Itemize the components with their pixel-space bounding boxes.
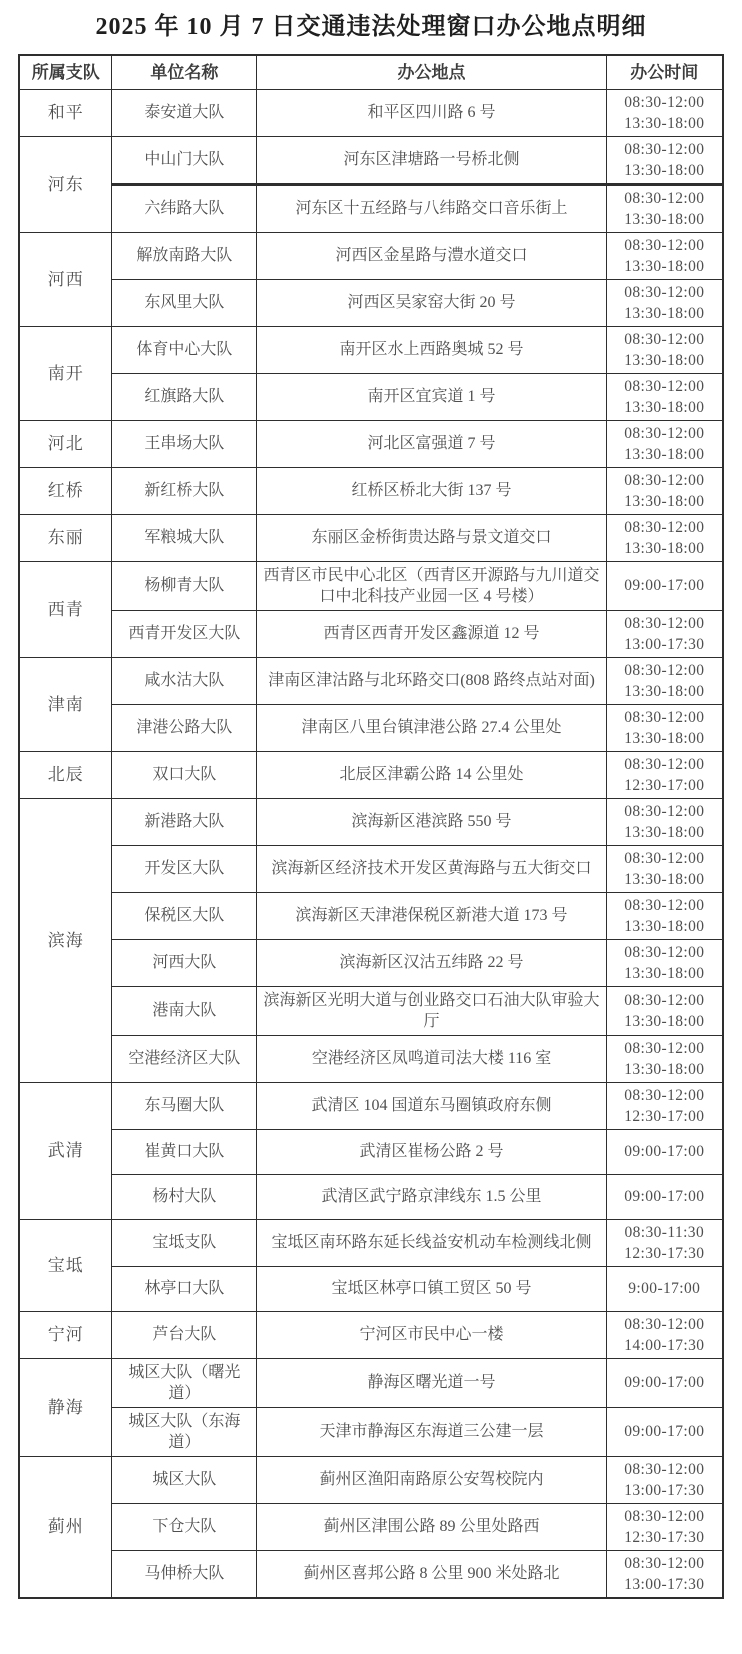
office-hours-line: 13:30-18:00: [611, 963, 718, 984]
detachment-cell: 河西: [19, 232, 112, 326]
office-hours-cell: 08:30-12:0013:30-18:00: [606, 986, 723, 1035]
detachment-cell: 宁河: [19, 1311, 112, 1358]
office-hours-cell: 08:30-12:0013:30-18:00: [606, 657, 723, 704]
office-hours-line: 13:30-18:00: [611, 160, 718, 181]
notice-page: 2025 年 10 月 7 日交通违法处理窗口办公地点明细 所属支队 单位名称 …: [0, 0, 742, 1615]
col-header-unit-name: 单位名称: [112, 55, 257, 89]
office-location-cell: 滨海新区港滨路 550 号: [257, 798, 606, 845]
table-row: 宁河芦台大队宁河区市民中心一楼08:30-12:0014:00-17:30: [19, 1311, 723, 1358]
office-hours-line: 13:30-18:00: [611, 303, 718, 324]
table-row: 城区大队（东海道）天津市静海区东海道三公建一层09:00-17:00: [19, 1407, 723, 1456]
office-hours-line: 08:30-12:00: [611, 613, 718, 634]
office-hours-cell: 08:30-12:0012:30-17:00: [606, 751, 723, 798]
office-hours-line: 08:30-12:00: [611, 1459, 718, 1480]
office-hours-line: 08:30-11:30: [611, 1222, 718, 1243]
unit-name-cell: 下仓大队: [112, 1503, 257, 1550]
office-hours-line: 08:30-12:00: [611, 1038, 718, 1059]
office-hours-cell: 08:30-12:0013:30-18:00: [606, 279, 723, 326]
office-hours-line: 08:30-12:00: [611, 895, 718, 916]
office-hours-line: 13:30-18:00: [611, 681, 718, 702]
office-hours-line: 08:30-12:00: [611, 1314, 718, 1335]
office-hours-line: 08:30-12:00: [611, 188, 718, 209]
table-row: 津港公路大队津南区八里台镇津港公路 27.4 公里处08:30-12:0013:…: [19, 704, 723, 751]
office-hours-cell: 9:00-17:00: [606, 1266, 723, 1311]
office-hours-line: 09:00-17:00: [611, 1421, 718, 1442]
office-hours-line: 08:30-12:00: [611, 329, 718, 350]
office-location-cell: 蓟州区喜邦公路 8 公里 900 米处路北: [257, 1550, 606, 1598]
table-row: 红旗路大队南开区宜宾道 1 号08:30-12:0013:30-18:00: [19, 373, 723, 420]
detachment-cell: 宝坻: [19, 1219, 112, 1311]
table-row: 杨村大队武清区武宁路京津线东 1.5 公里09:00-17:00: [19, 1174, 723, 1219]
unit-name-cell: 解放南路大队: [112, 232, 257, 279]
table-row: 马伸桥大队蓟州区喜邦公路 8 公里 900 米处路北08:30-12:0013:…: [19, 1550, 723, 1598]
table-row: 东丽军粮城大队东丽区金桥街贵达路与景文道交口08:30-12:0013:30-1…: [19, 514, 723, 561]
detachment-cell: 北辰: [19, 751, 112, 798]
office-hours-line: 13:30-18:00: [611, 444, 718, 465]
unit-name-cell: 红旗路大队: [112, 373, 257, 420]
table-row: 开发区大队滨海新区经济技术开发区黄海路与五大街交口08:30-12:0013:3…: [19, 845, 723, 892]
table-row: 北辰双口大队北辰区津霸公路 14 公里处08:30-12:0012:30-17:…: [19, 751, 723, 798]
unit-name-cell: 东马圈大队: [112, 1082, 257, 1129]
detachment-cell: 红桥: [19, 467, 112, 514]
office-hours-cell: 09:00-17:00: [606, 1358, 723, 1407]
detachment-cell: 南开: [19, 326, 112, 420]
office-hours-line: 14:00-17:30: [611, 1335, 718, 1356]
office-hours-line: 9:00-17:00: [611, 1278, 718, 1299]
table-row: 南开体育中心大队南开区水上西路奥城 52 号08:30-12:0013:30-1…: [19, 326, 723, 373]
table-row: 宝坻宝坻支队宝坻区南环路东延长线益安机动车检测线北侧08:30-11:3012:…: [19, 1219, 723, 1266]
table-row: 空港经济区大队空港经济区凤鸣道司法大楼 116 室08:30-12:0013:3…: [19, 1035, 723, 1082]
table-row: 西青开发区大队西青区西青开发区鑫源道 12 号08:30-12:0013:00-…: [19, 610, 723, 657]
office-hours-cell: 08:30-12:0013:30-18:00: [606, 514, 723, 561]
detachment-cell: 和平: [19, 89, 112, 136]
office-hours-cell: 08:30-12:0012:30-17:30: [606, 1503, 723, 1550]
office-hours-line: 13:30-18:00: [611, 491, 718, 512]
unit-name-cell: 东风里大队: [112, 279, 257, 326]
office-hours-cell: 09:00-17:00: [606, 561, 723, 610]
office-location-cell: 河北区富强道 7 号: [257, 420, 606, 467]
unit-name-cell: 马伸桥大队: [112, 1550, 257, 1598]
table-row: 武清东马圈大队武清区 104 国道东马圈镇政府东侧08:30-12:0012:3…: [19, 1082, 723, 1129]
office-hours-line: 08:30-12:00: [611, 235, 718, 256]
office-hours-line: 08:30-12:00: [611, 282, 718, 303]
unit-name-cell: 新港路大队: [112, 798, 257, 845]
table-row: 保税区大队滨海新区天津港保税区新港大道 173 号08:30-12:0013:3…: [19, 892, 723, 939]
office-location-cell: 西青区西青开发区鑫源道 12 号: [257, 610, 606, 657]
unit-name-cell: 崔黄口大队: [112, 1129, 257, 1174]
table-row: 崔黄口大队武清区崔杨公路 2 号09:00-17:00: [19, 1129, 723, 1174]
office-location-cell: 河西区吴家窑大街 20 号: [257, 279, 606, 326]
office-hours-line: 13:00-17:30: [611, 1480, 718, 1501]
office-hours-cell: 08:30-12:0013:30-18:00: [606, 89, 723, 136]
office-hours-line: 08:30-12:00: [611, 470, 718, 491]
office-hours-line: 08:30-12:00: [611, 1085, 718, 1106]
office-hours-line: 09:00-17:00: [611, 1186, 718, 1207]
table-row: 林亭口大队宝坻区林亭口镇工贸区 50 号9:00-17:00: [19, 1266, 723, 1311]
office-location-cell: 和平区四川路 6 号: [257, 89, 606, 136]
office-hours-line: 08:30-12:00: [611, 942, 718, 963]
office-hours-line: 13:00-17:30: [611, 634, 718, 655]
unit-name-cell: 港南大队: [112, 986, 257, 1035]
table-row: 河东中山门大队河东区津塘路一号桥北侧08:30-12:0013:30-18:00: [19, 136, 723, 184]
unit-name-cell: 中山门大队: [112, 136, 257, 184]
unit-name-cell: 双口大队: [112, 751, 257, 798]
unit-name-cell: 保税区大队: [112, 892, 257, 939]
office-hours-line: 13:30-18:00: [611, 209, 718, 230]
unit-name-cell: 宝坻支队: [112, 1219, 257, 1266]
office-hours-line: 08:30-12:00: [611, 423, 718, 444]
office-hours-line: 09:00-17:00: [611, 1141, 718, 1162]
unit-name-cell: 芦台大队: [112, 1311, 257, 1358]
office-hours-cell: 08:30-12:0013:30-18:00: [606, 326, 723, 373]
office-hours-line: 13:30-18:00: [611, 113, 718, 134]
header-row: 所属支队 单位名称 办公地点 办公时间: [19, 55, 723, 89]
office-location-cell: 天津市静海区东海道三公建一层: [257, 1407, 606, 1456]
office-location-cell: 南开区水上西路奥城 52 号: [257, 326, 606, 373]
unit-name-cell: 泰安道大队: [112, 89, 257, 136]
office-location-cell: 蓟州区渔阳南路原公安驾校院内: [257, 1456, 606, 1503]
unit-name-cell: 林亭口大队: [112, 1266, 257, 1311]
office-hours-line: 13:30-18:00: [611, 728, 718, 749]
office-locations-table: 所属支队 单位名称 办公地点 办公时间 和平泰安道大队和平区四川路 6 号08:…: [18, 54, 724, 1599]
unit-name-cell: 杨村大队: [112, 1174, 257, 1219]
office-hours-cell: 09:00-17:00: [606, 1407, 723, 1456]
office-hours-cell: 08:30-12:0013:30-18:00: [606, 232, 723, 279]
office-hours-cell: 08:30-12:0013:30-18:00: [606, 892, 723, 939]
office-hours-cell: 08:30-12:0013:30-18:00: [606, 420, 723, 467]
table-row: 下仓大队蓟州区津围公路 89 公里处路西08:30-12:0012:30-17:…: [19, 1503, 723, 1550]
col-header-office-hours: 办公时间: [606, 55, 723, 89]
table-row: 滨海新港路大队滨海新区港滨路 550 号08:30-12:0013:30-18:…: [19, 798, 723, 845]
office-hours-cell: 08:30-12:0014:00-17:30: [606, 1311, 723, 1358]
office-location-cell: 东丽区金桥街贵达路与景文道交口: [257, 514, 606, 561]
table-body: 和平泰安道大队和平区四川路 6 号08:30-12:0013:30-18:00河…: [19, 89, 723, 1598]
office-location-cell: 宝坻区林亭口镇工贸区 50 号: [257, 1266, 606, 1311]
office-hours-cell: 08:30-12:0013:30-18:00: [606, 184, 723, 232]
office-location-cell: 滨海新区经济技术开发区黄海路与五大街交口: [257, 845, 606, 892]
office-location-cell: 河东区津塘路一号桥北侧: [257, 136, 606, 184]
detachment-cell: 西青: [19, 561, 112, 657]
office-hours-cell: 08:30-12:0013:00-17:30: [606, 1456, 723, 1503]
office-hours-cell: 08:30-12:0013:30-18:00: [606, 373, 723, 420]
office-hours-cell: 08:30-12:0013:00-17:30: [606, 610, 723, 657]
office-hours-line: 13:00-17:30: [611, 1574, 718, 1595]
office-location-cell: 武清区武宁路京津线东 1.5 公里: [257, 1174, 606, 1219]
office-hours-line: 13:30-18:00: [611, 538, 718, 559]
office-hours-cell: 08:30-12:0012:30-17:00: [606, 1082, 723, 1129]
office-hours-line: 08:30-12:00: [611, 139, 718, 160]
office-hours-cell: 08:30-11:3012:30-17:30: [606, 1219, 723, 1266]
detachment-cell: 武清: [19, 1082, 112, 1219]
office-hours-line: 08:30-12:00: [611, 707, 718, 728]
office-hours-line: 12:30-17:00: [611, 1106, 718, 1127]
unit-name-cell: 西青开发区大队: [112, 610, 257, 657]
office-location-cell: 滨海新区天津港保税区新港大道 173 号: [257, 892, 606, 939]
office-location-cell: 宝坻区南环路东延长线益安机动车检测线北侧: [257, 1219, 606, 1266]
detachment-cell: 东丽: [19, 514, 112, 561]
table-row: 蓟州城区大队蓟州区渔阳南路原公安驾校院内08:30-12:0013:00-17:…: [19, 1456, 723, 1503]
office-hours-line: 13:30-18:00: [611, 1011, 718, 1032]
unit-name-cell: 河西大队: [112, 939, 257, 986]
office-location-cell: 北辰区津霸公路 14 公里处: [257, 751, 606, 798]
col-header-office-location: 办公地点: [257, 55, 606, 89]
office-location-cell: 河东区十五经路与八纬路交口音乐街上: [257, 184, 606, 232]
table-row: 西青杨柳青大队西青区市民中心北区（西青区开源路与九川道交口中北科技产业园一区 4…: [19, 561, 723, 610]
office-location-cell: 空港经济区凤鸣道司法大楼 116 室: [257, 1035, 606, 1082]
office-location-cell: 西青区市民中心北区（西青区开源路与九川道交口中北科技产业园一区 4 号楼）: [257, 561, 606, 610]
office-hours-line: 08:30-12:00: [611, 92, 718, 113]
office-hours-line: 13:30-18:00: [611, 397, 718, 418]
office-hours-cell: 08:30-12:0013:30-18:00: [606, 136, 723, 184]
office-hours-line: 08:30-12:00: [611, 1553, 718, 1574]
table-row: 红桥新红桥大队红桥区桥北大街 137 号08:30-12:0013:30-18:…: [19, 467, 723, 514]
office-hours-cell: 08:30-12:0013:30-18:00: [606, 798, 723, 845]
table-row: 津南咸水沽大队津南区津沽路与北环路交口(808 路终点站对面)08:30-12:…: [19, 657, 723, 704]
unit-name-cell: 开发区大队: [112, 845, 257, 892]
table-row: 河西大队滨海新区汉沽五纬路 22 号08:30-12:0013:30-18:00: [19, 939, 723, 986]
unit-name-cell: 王串场大队: [112, 420, 257, 467]
table-row: 和平泰安道大队和平区四川路 6 号08:30-12:0013:30-18:00: [19, 89, 723, 136]
office-hours-line: 08:30-12:00: [611, 660, 718, 681]
unit-name-cell: 体育中心大队: [112, 326, 257, 373]
table-row: 河北王串场大队河北区富强道 7 号08:30-12:0013:30-18:00: [19, 420, 723, 467]
office-hours-cell: 08:30-12:0013:30-18:00: [606, 467, 723, 514]
page-title: 2025 年 10 月 7 日交通违法处理窗口办公地点明细: [18, 12, 724, 42]
office-hours-line: 08:30-12:00: [611, 517, 718, 538]
office-hours-line: 13:30-18:00: [611, 350, 718, 371]
table-row: 六纬路大队河东区十五经路与八纬路交口音乐街上08:30-12:0013:30-1…: [19, 184, 723, 232]
office-hours-line: 13:30-18:00: [611, 256, 718, 277]
office-hours-line: 12:30-17:00: [611, 775, 718, 796]
office-location-cell: 滨海新区光明大道与创业路交口石油大队审验大厅: [257, 986, 606, 1035]
office-hours-cell: 08:30-12:0013:30-18:00: [606, 704, 723, 751]
unit-name-cell: 军粮城大队: [112, 514, 257, 561]
office-hours-cell: 08:30-12:0013:30-18:00: [606, 1035, 723, 1082]
office-hours-line: 13:30-18:00: [611, 1059, 718, 1080]
office-location-cell: 南开区宜宾道 1 号: [257, 373, 606, 420]
office-hours-line: 13:30-18:00: [611, 822, 718, 843]
office-location-cell: 津南区八里台镇津港公路 27.4 公里处: [257, 704, 606, 751]
detachment-cell: 静海: [19, 1358, 112, 1456]
unit-name-cell: 空港经济区大队: [112, 1035, 257, 1082]
unit-name-cell: 新红桥大队: [112, 467, 257, 514]
unit-name-cell: 城区大队（东海道）: [112, 1407, 257, 1456]
office-location-cell: 宁河区市民中心一楼: [257, 1311, 606, 1358]
office-hours-line: 12:30-17:30: [611, 1527, 718, 1548]
table-row: 静海城区大队（曙光道）静海区曙光道一号09:00-17:00: [19, 1358, 723, 1407]
office-hours-cell: 08:30-12:0013:00-17:30: [606, 1550, 723, 1598]
office-location-cell: 武清区崔杨公路 2 号: [257, 1129, 606, 1174]
detachment-cell: 蓟州: [19, 1456, 112, 1598]
office-hours-line: 09:00-17:00: [611, 575, 718, 596]
unit-name-cell: 咸水沽大队: [112, 657, 257, 704]
detachment-cell: 河东: [19, 136, 112, 232]
unit-name-cell: 津港公路大队: [112, 704, 257, 751]
unit-name-cell: 六纬路大队: [112, 184, 257, 232]
unit-name-cell: 城区大队（曙光道）: [112, 1358, 257, 1407]
office-hours-line: 13:30-18:00: [611, 916, 718, 937]
office-location-cell: 红桥区桥北大街 137 号: [257, 467, 606, 514]
unit-name-cell: 杨柳青大队: [112, 561, 257, 610]
unit-name-cell: 城区大队: [112, 1456, 257, 1503]
office-location-cell: 蓟州区津围公路 89 公里处路西: [257, 1503, 606, 1550]
detachment-cell: 津南: [19, 657, 112, 751]
office-hours-line: 08:30-12:00: [611, 848, 718, 869]
office-hours-cell: 08:30-12:0013:30-18:00: [606, 939, 723, 986]
col-header-detachment: 所属支队: [19, 55, 112, 89]
office-location-cell: 静海区曙光道一号: [257, 1358, 606, 1407]
office-location-cell: 津南区津沽路与北环路交口(808 路终点站对面): [257, 657, 606, 704]
detachment-cell: 河北: [19, 420, 112, 467]
office-hours-line: 13:30-18:00: [611, 869, 718, 890]
office-hours-line: 09:00-17:00: [611, 1372, 718, 1393]
office-location-cell: 河西区金星路与澧水道交口: [257, 232, 606, 279]
table-row: 东风里大队河西区吴家窑大街 20 号08:30-12:0013:30-18:00: [19, 279, 723, 326]
office-location-cell: 滨海新区汉沽五纬路 22 号: [257, 939, 606, 986]
office-hours-cell: 08:30-12:0013:30-18:00: [606, 845, 723, 892]
office-hours-cell: 09:00-17:00: [606, 1174, 723, 1219]
office-hours-line: 08:30-12:00: [611, 1506, 718, 1527]
office-location-cell: 武清区 104 国道东马圈镇政府东侧: [257, 1082, 606, 1129]
office-hours-line: 08:30-12:00: [611, 754, 718, 775]
office-hours-line: 12:30-17:30: [611, 1243, 718, 1264]
office-hours-line: 08:30-12:00: [611, 990, 718, 1011]
table-row: 港南大队滨海新区光明大道与创业路交口石油大队审验大厅08:30-12:0013:…: [19, 986, 723, 1035]
office-hours-cell: 09:00-17:00: [606, 1129, 723, 1174]
office-hours-line: 08:30-12:00: [611, 376, 718, 397]
detachment-cell: 滨海: [19, 798, 112, 1082]
office-hours-line: 08:30-12:00: [611, 801, 718, 822]
table-row: 河西解放南路大队河西区金星路与澧水道交口08:30-12:0013:30-18:…: [19, 232, 723, 279]
